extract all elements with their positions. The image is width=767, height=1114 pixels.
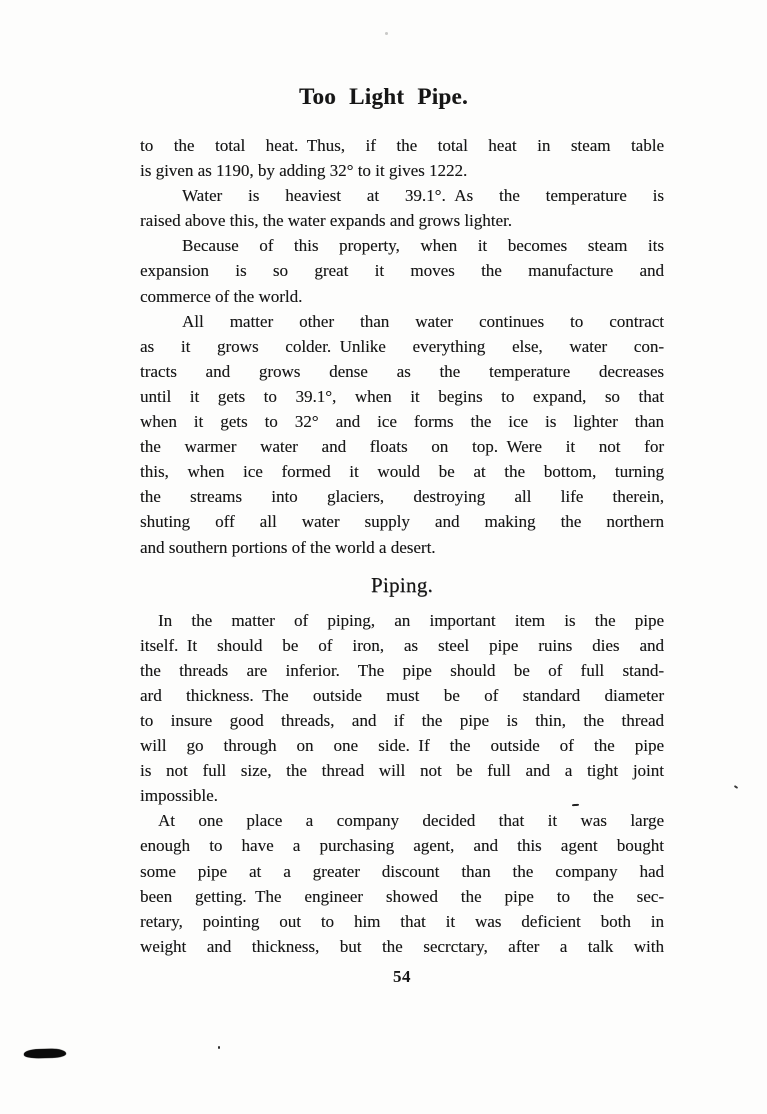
text-line: All matter other than water continues to…	[140, 309, 664, 334]
text-line: At one place a company decided that it w…	[140, 808, 664, 833]
text-line: until it gets to 39.1°, when it begins t…	[140, 384, 664, 409]
ink-speck	[385, 32, 388, 35]
text-line: when it gets to 32° and ice forms the ic…	[140, 409, 664, 434]
text-line: weight and thickness, but the secrctary,…	[140, 934, 664, 959]
text-line: Water is heaviest at 39.1°. As the tempe…	[140, 183, 664, 208]
text-line: and southern portions of the world a des…	[140, 535, 664, 560]
text-line: the streams into glaciers, destroying al…	[140, 484, 664, 509]
text-line: commerce of the world.	[140, 284, 664, 309]
ink-speck	[218, 1046, 220, 1049]
ink-smudge	[24, 1048, 66, 1058]
text-line: tracts and grows dense as the temperatur…	[140, 359, 664, 384]
text-line: to the total heat. Thus, if the total he…	[140, 133, 664, 158]
text-column: to the total heat. Thus, if the total he…	[140, 133, 664, 959]
paragraph: All matter other than water continues to…	[140, 309, 664, 560]
text-line: to insure good threads, and if the pipe …	[140, 708, 664, 733]
text-line: itself. It should be of iron, as steel p…	[140, 633, 664, 658]
text-line: some pipe at a greater discount than the…	[140, 859, 664, 884]
text-line: In the matter of piping, an important it…	[140, 608, 664, 633]
text-line: the threads are inferior. The pipe shoul…	[140, 658, 664, 683]
paragraph: In the matter of piping, an important it…	[140, 608, 664, 809]
page-body: Too Light Pipe. to the total heat. Thus,…	[0, 0, 767, 987]
text-line: shuting off all water supply and making …	[140, 509, 664, 534]
section-heading: Piping.	[140, 570, 664, 600]
text-line: ard thickness. The outside must be of st…	[140, 683, 664, 708]
paragraph: At one place a company decided that it w…	[140, 808, 664, 959]
text-line: will go through on one side. If the outs…	[140, 733, 664, 758]
text-line: is not full size, the thread will not be…	[140, 758, 664, 783]
text-line: Because of this property, when it become…	[140, 233, 664, 258]
page-number-label: 54	[140, 967, 664, 987]
paragraph: Because of this property, when it become…	[140, 233, 664, 308]
text-line: as it grows colder. Unlike everything el…	[140, 334, 664, 359]
text-line: enough to have a purchasing agent, and t…	[140, 833, 664, 858]
text-line: is given as 1190, by adding 32° to it gi…	[140, 158, 664, 183]
text-line: been getting. The engineer showed the pi…	[140, 884, 664, 909]
text-line: raised above this, the water expands and…	[140, 208, 664, 233]
paragraph: to the total heat. Thus, if the total he…	[140, 133, 664, 183]
text-line: this, when ice formed it would be at the…	[140, 459, 664, 484]
page-title: Too Light Pipe.	[0, 81, 767, 113]
paragraph: Water is heaviest at 39.1°. As the tempe…	[140, 183, 664, 233]
book-page: Too Light Pipe. to the total heat. Thus,…	[0, 0, 767, 1114]
text-line: impossible.	[140, 783, 664, 808]
text-line: the warmer water and floats on top. Were…	[140, 434, 664, 459]
text-line: retary, pointing out to him that it was …	[140, 909, 664, 934]
text-line: expansion is so great it moves the manuf…	[140, 258, 664, 283]
